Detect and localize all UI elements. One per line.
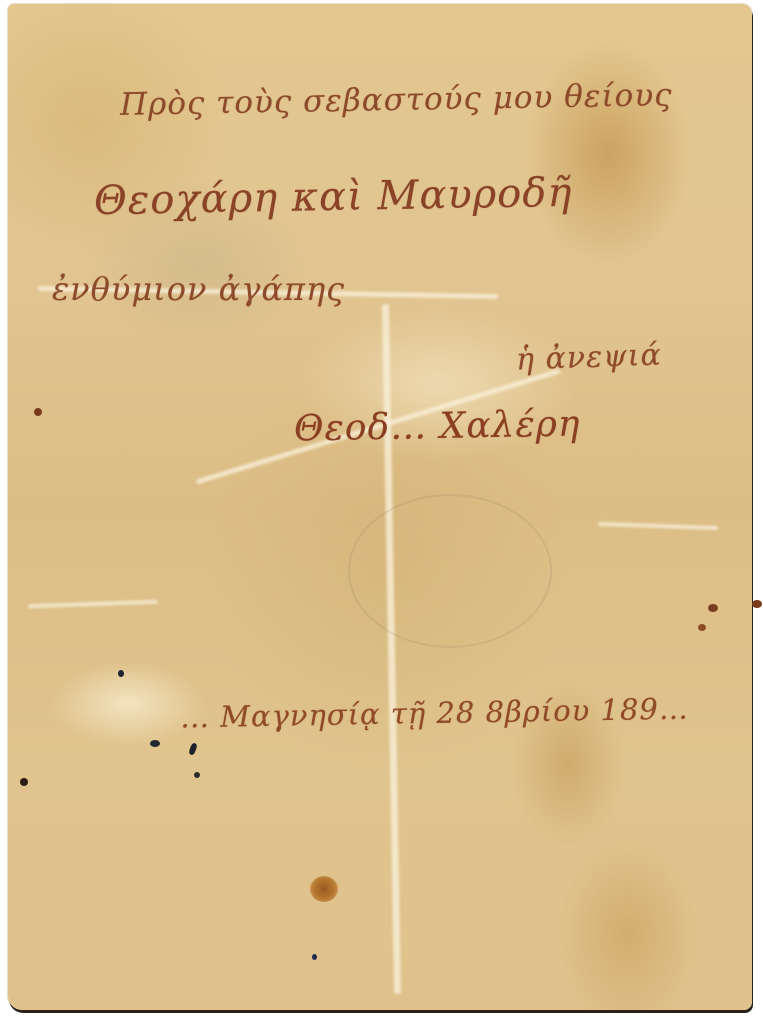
handwriting-place-date: … Μαγνησίᾳ τῇ 28 8βρίου 189…	[180, 692, 689, 735]
ink-dot	[312, 954, 317, 960]
left-edge-crease	[28, 600, 158, 609]
postcard-back: Πρὸς τοὺς σεβαστούς μου θείους Θεοχάρη κ…	[8, 4, 752, 1010]
ink-dot	[194, 772, 200, 778]
rust-stain	[310, 876, 338, 902]
foxing-spot	[708, 604, 718, 612]
handwriting-signature: Θεοδ… Χαλέρη	[294, 404, 581, 450]
faded-postmark	[348, 494, 552, 648]
ink-blot	[188, 742, 198, 755]
ink-blot	[150, 740, 160, 747]
handwriting-names-line: Θεοχάρη καὶ Μαυροδῆ	[94, 170, 573, 224]
handwriting-dedication-line: ἐνθύμιον ἀγάπης	[52, 270, 345, 308]
handwriting-address-line: Πρὸς τοὺς σεβαστούς μου θείους	[120, 77, 673, 123]
ink-dot	[20, 778, 28, 786]
right-edge-crease	[598, 522, 718, 530]
foxing-spot	[752, 600, 762, 608]
ink-blot	[118, 670, 124, 677]
foxing-spot	[34, 408, 42, 416]
handwriting-signature-prefix: ἡ ἀνεψιά	[515, 337, 662, 377]
foxing-spot	[698, 624, 706, 631]
